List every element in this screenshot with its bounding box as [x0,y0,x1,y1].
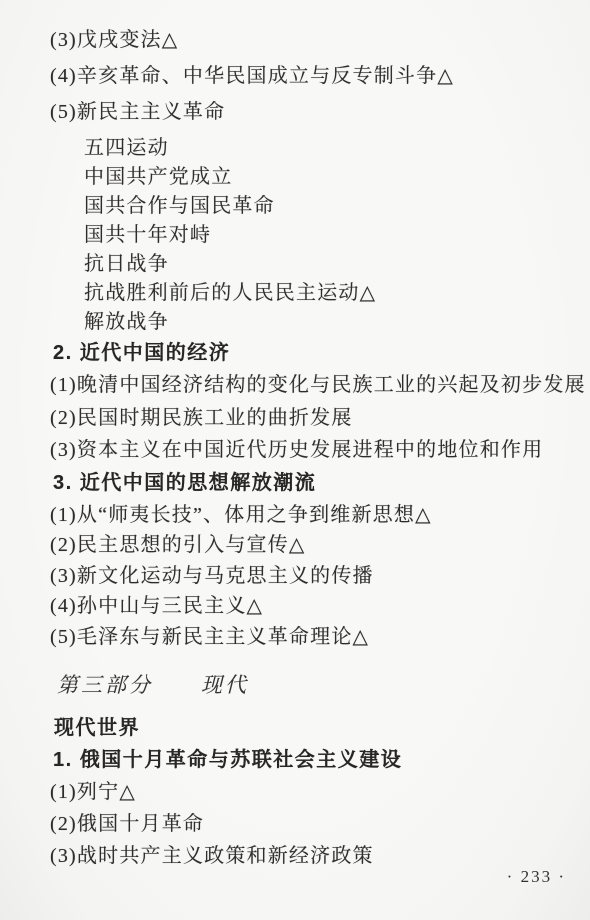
outline-sub-item: 抗日战争 [0,250,590,279]
document-page: (3)戊戌变法△(4)辛亥革命、中华民国成立与反专制斗争△(5)新民主主义革命 … [0,0,590,920]
outline-item: (1)列宁△ [0,776,590,808]
thought-items: (1)从“师夷长技”、体用之争到维新思想△(2)民主思想的引入与宣传△(3)新文… [0,500,590,653]
outline-item: (3)戊戌变法△ [0,22,590,58]
outline-item: (2)俄国十月革命 [0,808,590,840]
section-heading-economy: 2. 近代中国的经济 [0,337,590,369]
outline-item: (2)民国时期民族工业的曲折发展 [0,402,590,435]
outline-item: (5)毛泽东与新民主主义革命理论△ [0,622,590,653]
outline-item: (3)资本主义在中国近代历史发展进程中的地位和作用 [0,434,590,467]
outline-item: (4)辛亥革命、中华民国成立与反专制斗争△ [0,58,590,94]
outline-item: (3)新文化运动与马克思主义的传播 [0,561,590,592]
revolution-subitems: 五四运动中国共产党成立国共合作与国民革命国共十年对峙抗日战争抗战胜利前后的人民民… [0,134,590,337]
section-heading-ussr: 1. 俄国十月革命与苏联社会主义建设 [0,744,590,776]
outline-sub-item: 抗战胜利前后的人民民主运动△ [0,279,590,308]
economy-items: (1)晚清中国经济结构的变化与民族工业的兴起及初步发展(2)民国时期民族工业的曲… [0,369,590,467]
outline-item: (4)孙中山与三民主义△ [0,591,590,622]
outline-sub-item: 解放战争 [0,308,590,337]
outline-sub-item: 国共十年对峙 [0,221,590,250]
chapter-heading-modern-world: 现代世界 [0,712,590,744]
ussr-items: (1)列宁△(2)俄国十月革命(3)战时共产主义政策和新经济政策 [0,776,590,872]
outline-top-items: (3)戊戌变法△(4)辛亥革命、中华民国成立与反专制斗争△(5)新民主主义革命 [0,22,590,130]
outline-sub-item: 中国共产党成立 [0,163,590,192]
document-content: (3)戊戌变法△(4)辛亥革命、中华民国成立与反专制斗争△(5)新民主主义革命 … [0,0,590,888]
outline-sub-item: 国共合作与国民革命 [0,192,590,221]
part-title: 第三部分 现代 [0,669,590,701]
section-heading-thought: 3. 近代中国的思想解放潮流 [0,467,590,500]
outline-item: (5)新民主主义革命 [0,94,590,130]
outline-item: (1)从“师夷长技”、体用之争到维新思想△ [0,500,590,531]
outline-sub-item: 五四运动 [0,134,590,163]
outline-item: (1)晚清中国经济结构的变化与民族工业的兴起及初步发展 [0,369,590,402]
outline-item: (2)民主思想的引入与宣传△ [0,530,590,561]
